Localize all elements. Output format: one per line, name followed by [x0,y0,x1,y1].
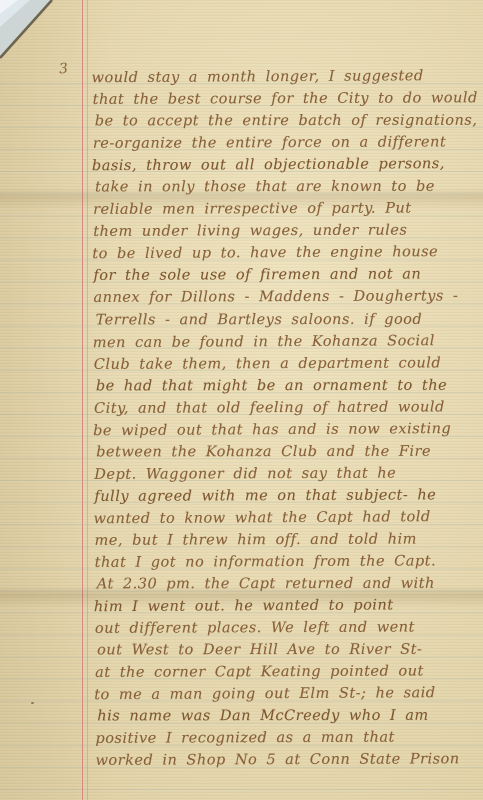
manuscript-text: would stay a month longer, I suggestedth… [92,65,480,772]
page-number: 3 [58,61,69,78]
manuscript-line-4: re-organize the entire force on a differ… [93,131,478,155]
manuscript-line-9: to be lived up to. have the engine house [92,241,477,265]
manuscript-line-11: annex for Dillons - Maddens - Doughertys… [93,286,478,310]
manuscript-line-3: be to accept the entire batch of resigna… [95,110,480,133]
manuscript-line-25: him I went out. he wanted to point [94,594,479,618]
manuscript-line-7: reliable men irrespective of party. Put [93,197,478,221]
manuscript-line-8: them under living wages, under rules [93,219,478,243]
manuscript-line-15: be had that might be an ornament to the [96,374,481,397]
manuscript-line-18: between the Kohanza Club and the Fire [96,440,481,463]
manuscript-line-24: At 2.30 pm. the Capt returned and with [97,573,482,596]
manuscript-line-5: basis, throw out all objectionable perso… [92,153,477,177]
manuscript-line-30: his name was Dan McCreedy who I am [97,705,482,728]
manuscript-page: 3 would stay a month longer, I suggested… [0,0,483,800]
manuscript-line-28: at the corner Capt Keating pointed out [95,660,480,684]
red-margin-line [82,0,88,800]
manuscript-line-19: Dept. Waggoner did not say that he [94,462,479,486]
manuscript-line-12: Terrells - and Bartleys saloons. if good [96,308,481,331]
manuscript-line-17: be wiped out that has and is now existin… [93,418,478,442]
manuscript-line-29: to me a man going out Elm St-; he said [94,682,479,706]
manuscript-line-23: that I got no information from the Capt. [95,550,480,574]
manuscript-line-31: positive I recognized as a man that [95,727,480,751]
manuscript-line-6: take in only those that are known to be [95,176,480,199]
ink-speck [31,702,34,704]
manuscript-line-26: out different places. We left and went [95,616,480,640]
manuscript-line-32: worked in Shop No 5 at Conn State Prison [95,749,480,773]
manuscript-line-20: fully agreed with me on that subject- he [94,484,479,508]
manuscript-line-2: that the best course for the City to do … [93,87,478,111]
manuscript-line-1: would stay a month longer, I suggested [91,65,476,89]
manuscript-line-16: City, and that old feeling of hatred wou… [94,396,479,420]
manuscript-line-27: out West to Deer Hill Ave to River St- [97,639,482,662]
manuscript-line-10: for the sole use of firemen and not an [93,264,478,288]
manuscript-line-21: wanted to know what the Capt had told [93,506,478,530]
manuscript-line-14: Club take them, then a department could [94,352,479,376]
manuscript-line-22: me, but I threw him off. and told him [94,528,479,552]
manuscript-line-13: men can be found in the Kohanza Social [93,329,478,353]
